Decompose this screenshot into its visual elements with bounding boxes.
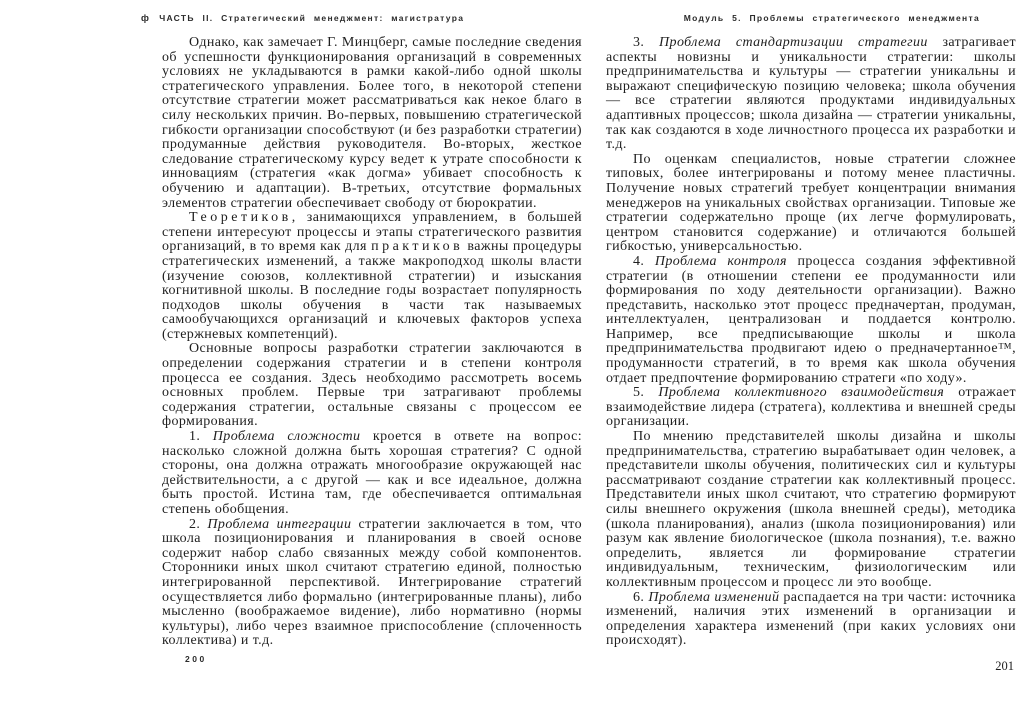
text-segment: 1. — [189, 429, 213, 444]
running-head-right: Модуль 5. Проблемы стратегического менед… — [600, 13, 980, 23]
right-page-text-column: 3. Проблема стандартизации стратегии зат… — [606, 36, 1016, 649]
text-segment: По мнению представителей школы дизайна и… — [606, 429, 1016, 590]
text-segment: процесса создания эффективной стратегии … — [606, 254, 1016, 386]
part-marker-icon: ф — [141, 13, 150, 23]
text-segment: 6. — [633, 590, 648, 605]
right-page-number: 201 — [606, 659, 1014, 674]
term-letterspaced: практиков — [371, 239, 463, 254]
paragraph: Однако, как замечает Г. Минцберг, самые … — [162, 36, 582, 211]
term-italic: Проблема коллективного взаимодействия — [658, 385, 944, 400]
paragraph: 5. Проблема коллективного взаимодействия… — [606, 386, 1016, 430]
text-segment: 5. — [633, 385, 658, 400]
text-segment: 2. — [189, 517, 207, 532]
text-segment: 3. — [633, 35, 659, 50]
paragraph: По оценкам специалистов, новые стратегии… — [606, 153, 1016, 255]
paragraph: Теоретиков, занимающихся управлением, в … — [162, 211, 582, 342]
paragraph: 6. Проблема изменений распадается на три… — [606, 591, 1016, 649]
running-head-right-text: Модуль 5. Проблемы стратегического менед… — [684, 13, 980, 23]
term-letterspaced: Теоретиков — [189, 210, 292, 225]
paragraph: 4. Проблема контроля процесса создания э… — [606, 255, 1016, 386]
text-segment: затрагивает аспекты новизны и уникальнос… — [606, 35, 1016, 152]
running-head-left: фЧАСТЬ II. Стратегический менеджмент: ма… — [141, 13, 464, 23]
text-segment: Основные вопросы разработки стратегии за… — [162, 341, 582, 429]
text-segment: Однако, как замечает Г. Минцберг, самые … — [162, 35, 582, 211]
left-page-text-column: Однако, как замечает Г. Минцберг, самые … — [162, 36, 582, 649]
text-segment: стратегии заключается в том, что школа п… — [162, 517, 582, 649]
paragraph: 3. Проблема стандартизации стратегии зат… — [606, 36, 1016, 153]
left-page-number: 200 — [185, 654, 207, 664]
paragraph: 1. Проблема сложности кроется в ответе н… — [162, 430, 582, 518]
text-segment: По оценкам специалистов, новые стратегии… — [606, 152, 1016, 255]
term-italic: Проблема изменений — [648, 590, 779, 605]
running-head-left-text: ЧАСТЬ II. Стратегический менеджмент: маг… — [159, 13, 464, 23]
text-segment: 4. — [633, 254, 655, 269]
paragraph: По мнению представителей школы дизайна и… — [606, 430, 1016, 591]
paragraph: Основные вопросы разработки стратегии за… — [162, 342, 582, 430]
term-italic: Проблема контроля — [655, 254, 787, 269]
term-italic: Проблема сложности — [213, 429, 361, 444]
book-spread: фЧАСТЬ II. Стратегический менеджмент: ма… — [0, 0, 1024, 725]
term-italic: Проблема интеграции — [207, 517, 351, 532]
text-segment: важны процедуры стратегических изменений… — [162, 239, 582, 342]
term-italic: Проблема стандартизации стратегии — [659, 35, 928, 50]
paragraph: 2. Проблема интеграции стратегии заключа… — [162, 518, 582, 649]
